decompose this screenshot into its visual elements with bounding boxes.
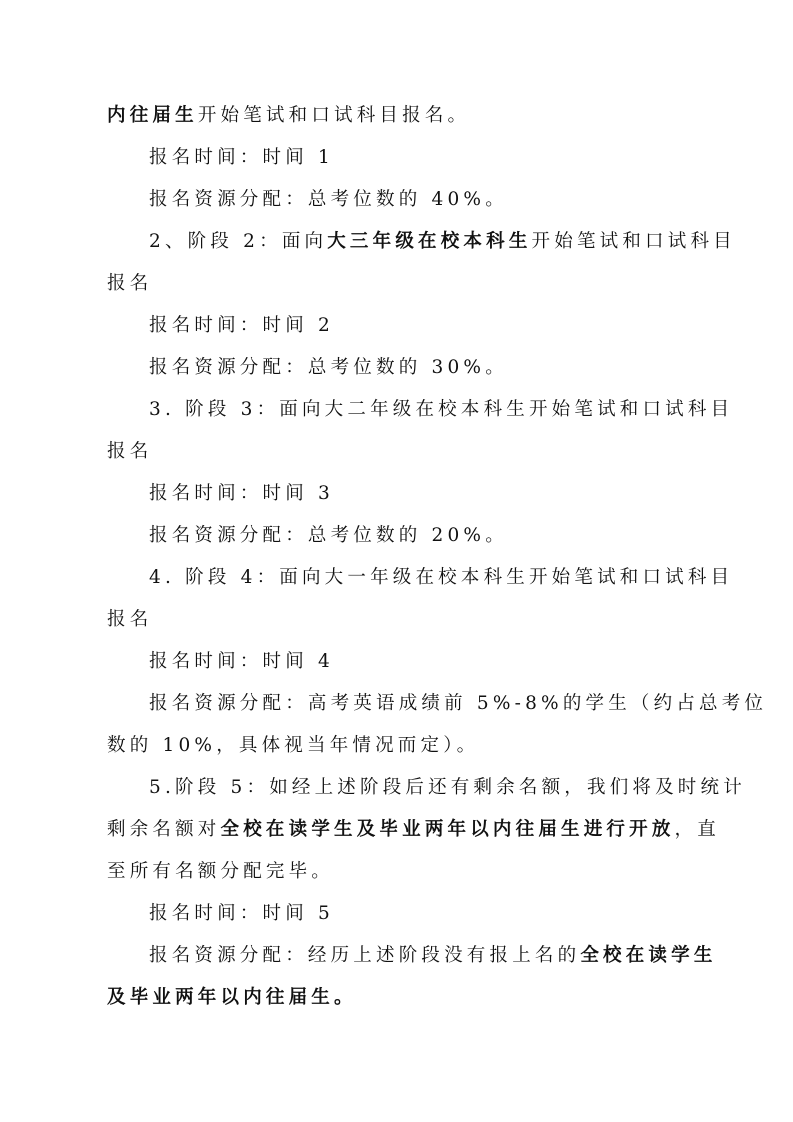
paragraph-line: 2、阶段 2：面向大三年级在校本科生开始笔试和口试科目 [149,230,736,254]
paragraph-line: 报名 [107,608,152,632]
text: 报名 [107,609,152,630]
paragraph-line: 内往届生开始笔试和口试科目报名。 [107,104,470,128]
text: 报名资源分配：高考英语成绩前 5%-8%的学生（约占总考位 [149,693,767,714]
bold-text: 大三年级在校本科生 [327,231,531,252]
paragraph-line: 报名时间：时间 3 [149,482,334,506]
paragraph-line: 及毕业两年以内往届生。 [107,986,357,1010]
paragraph-line: 报名资源分配：总考位数的 30%。 [149,356,508,380]
text: 报名资源分配：总考位数的 30%。 [149,357,508,378]
text: 报名时间：时间 1 [149,147,334,168]
paragraph-line: 5.阶段 5：如经上述阶段后还有剩余名额，我们将及时统计 [149,776,746,800]
text: 报名资源分配：总考位数的 20%。 [149,525,508,546]
paragraph-line: 报名 [107,272,152,296]
text: 3. 阶段 3：面向大二年级在校本科生开始笔试和口试科目 [149,399,733,420]
text: 报名 [107,441,152,462]
text: 报名资源分配：总考位数的 40%。 [149,189,508,210]
text: 2、阶段 2：面向 [149,231,327,252]
bold-text: 全校在读学生及毕业两年以内往届生进行开放 [221,819,675,840]
text: 开始笔试和口试科目报名。 [198,105,470,126]
paragraph-line: 报名资源分配：高考英语成绩前 5%-8%的学生（约占总考位 [149,692,767,716]
paragraph-line: 报名资源分配：经历上述阶段没有报上名的全校在读学生 [149,944,717,968]
paragraph-line: 数的 10%，具体视当年情况而定）。 [107,734,479,758]
text: 报名时间：时间 3 [149,483,334,504]
text: 报名时间：时间 2 [149,315,334,336]
bold-text: 内往届生 [107,105,198,126]
text: 报名 [107,273,152,294]
paragraph-line: 报名时间：时间 1 [149,146,334,170]
bold-text: 及毕业两年以内往届生。 [107,987,357,1008]
text: 开始笔试和口试科目 [532,231,736,252]
text: 报名资源分配：经历上述阶段没有报上名的 [149,945,580,966]
text: 报名时间：时间 5 [149,903,334,924]
text: 数的 10%，具体视当年情况而定）。 [107,735,479,756]
paragraph-line: 报名资源分配：总考位数的 20%。 [149,524,508,548]
paragraph-line: 至所有名额分配完毕。 [107,860,334,884]
paragraph-line: 报名时间：时间 2 [149,314,334,338]
text: ，直 [675,819,720,840]
paragraph-line: 报名资源分配：总考位数的 40%。 [149,188,508,212]
paragraph-line: 报名 [107,440,152,464]
paragraph-line: 报名时间：时间 4 [149,650,334,674]
bold-text: 全校在读学生 [580,945,716,966]
paragraph-line: 4. 阶段 4：面向大一年级在校本科生开始笔试和口试科目 [149,566,733,590]
text: 至所有名额分配完毕。 [107,861,334,882]
paragraph-line: 3. 阶段 3：面向大二年级在校本科生开始笔试和口试科目 [149,398,733,422]
text: 4. 阶段 4：面向大一年级在校本科生开始笔试和口试科目 [149,567,733,588]
text: 5.阶段 5：如经上述阶段后还有剩余名额，我们将及时统计 [149,777,746,798]
paragraph-line: 剩余名额对全校在读学生及毕业两年以内往届生进行开放，直 [107,818,720,842]
text: 报名时间：时间 4 [149,651,334,672]
paragraph-line: 报名时间：时间 5 [149,902,334,926]
text: 剩余名额对 [107,819,221,840]
